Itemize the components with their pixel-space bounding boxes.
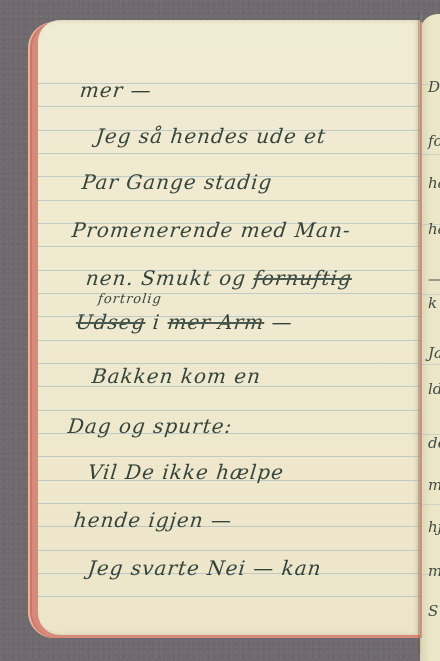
facing-fragment: S <box>428 602 438 620</box>
handwritten-line: Jeg svarte Nei — kan <box>87 556 323 580</box>
handwritten-line: Dag og spurte: <box>67 414 234 438</box>
ruled-line <box>38 293 420 294</box>
interlinear-insertion: fortrolig <box>97 292 162 307</box>
facing-ruled-line <box>420 364 440 365</box>
facing-ruled-line <box>420 504 440 505</box>
ruled-line <box>38 550 420 551</box>
facing-page: Da fo ha han — k Ja ld de m hj m S <box>420 14 440 661</box>
handwritten-line: nen. Smukt og fornuftig <box>85 266 354 290</box>
handwritten-line: hende igjen — <box>73 508 234 532</box>
notebook-page: mer — Jeg så hendes ude et Par Gange sta… <box>38 20 420 635</box>
facing-fragment: hj <box>428 518 440 536</box>
ruled-line <box>38 596 420 597</box>
facing-fragment: m <box>428 562 440 580</box>
handwritten-line: Vil De ikke hælpe <box>87 460 286 484</box>
ruled-line <box>38 200 420 201</box>
ruled-line <box>38 503 420 504</box>
facing-fragment: han <box>428 220 440 238</box>
facing-fragment: m <box>428 476 440 494</box>
struck-word: fornuftig <box>252 266 353 290</box>
struck-word: mer Arm <box>166 310 265 334</box>
book-gutter <box>418 14 422 654</box>
facing-fragment: de <box>428 434 440 452</box>
ruled-line <box>38 456 420 457</box>
ruled-line <box>38 106 420 107</box>
handwritten-line: Promenerende med Man- <box>71 218 352 242</box>
facing-ruled-line <box>420 154 440 155</box>
facing-fragment: fo <box>428 132 440 150</box>
handwritten-line: Bakken kom en <box>91 364 263 388</box>
ruled-line <box>38 410 420 411</box>
facing-fragment: ha <box>428 174 440 192</box>
handwritten-line: Jeg så hendes ude et <box>95 124 328 148</box>
ruled-line <box>38 153 420 154</box>
line-text: — <box>263 310 294 334</box>
line-text: nen. Smukt og <box>85 266 255 290</box>
facing-fragment: ld <box>428 380 440 398</box>
handwritten-line: Udseg i mer Arm — <box>75 310 294 334</box>
facing-fragment: — <box>428 270 440 288</box>
facing-fragment: Ja <box>428 344 440 362</box>
handwritten-line: Par Gange stadig <box>81 170 274 194</box>
line-text: i <box>144 310 169 334</box>
facing-fragment: Da <box>428 78 440 96</box>
struck-word: Udseg <box>75 310 147 334</box>
facing-fragment: k <box>428 294 437 312</box>
handwritten-line: mer — <box>79 78 153 102</box>
ruled-line <box>38 246 420 247</box>
ruled-line <box>38 340 420 341</box>
